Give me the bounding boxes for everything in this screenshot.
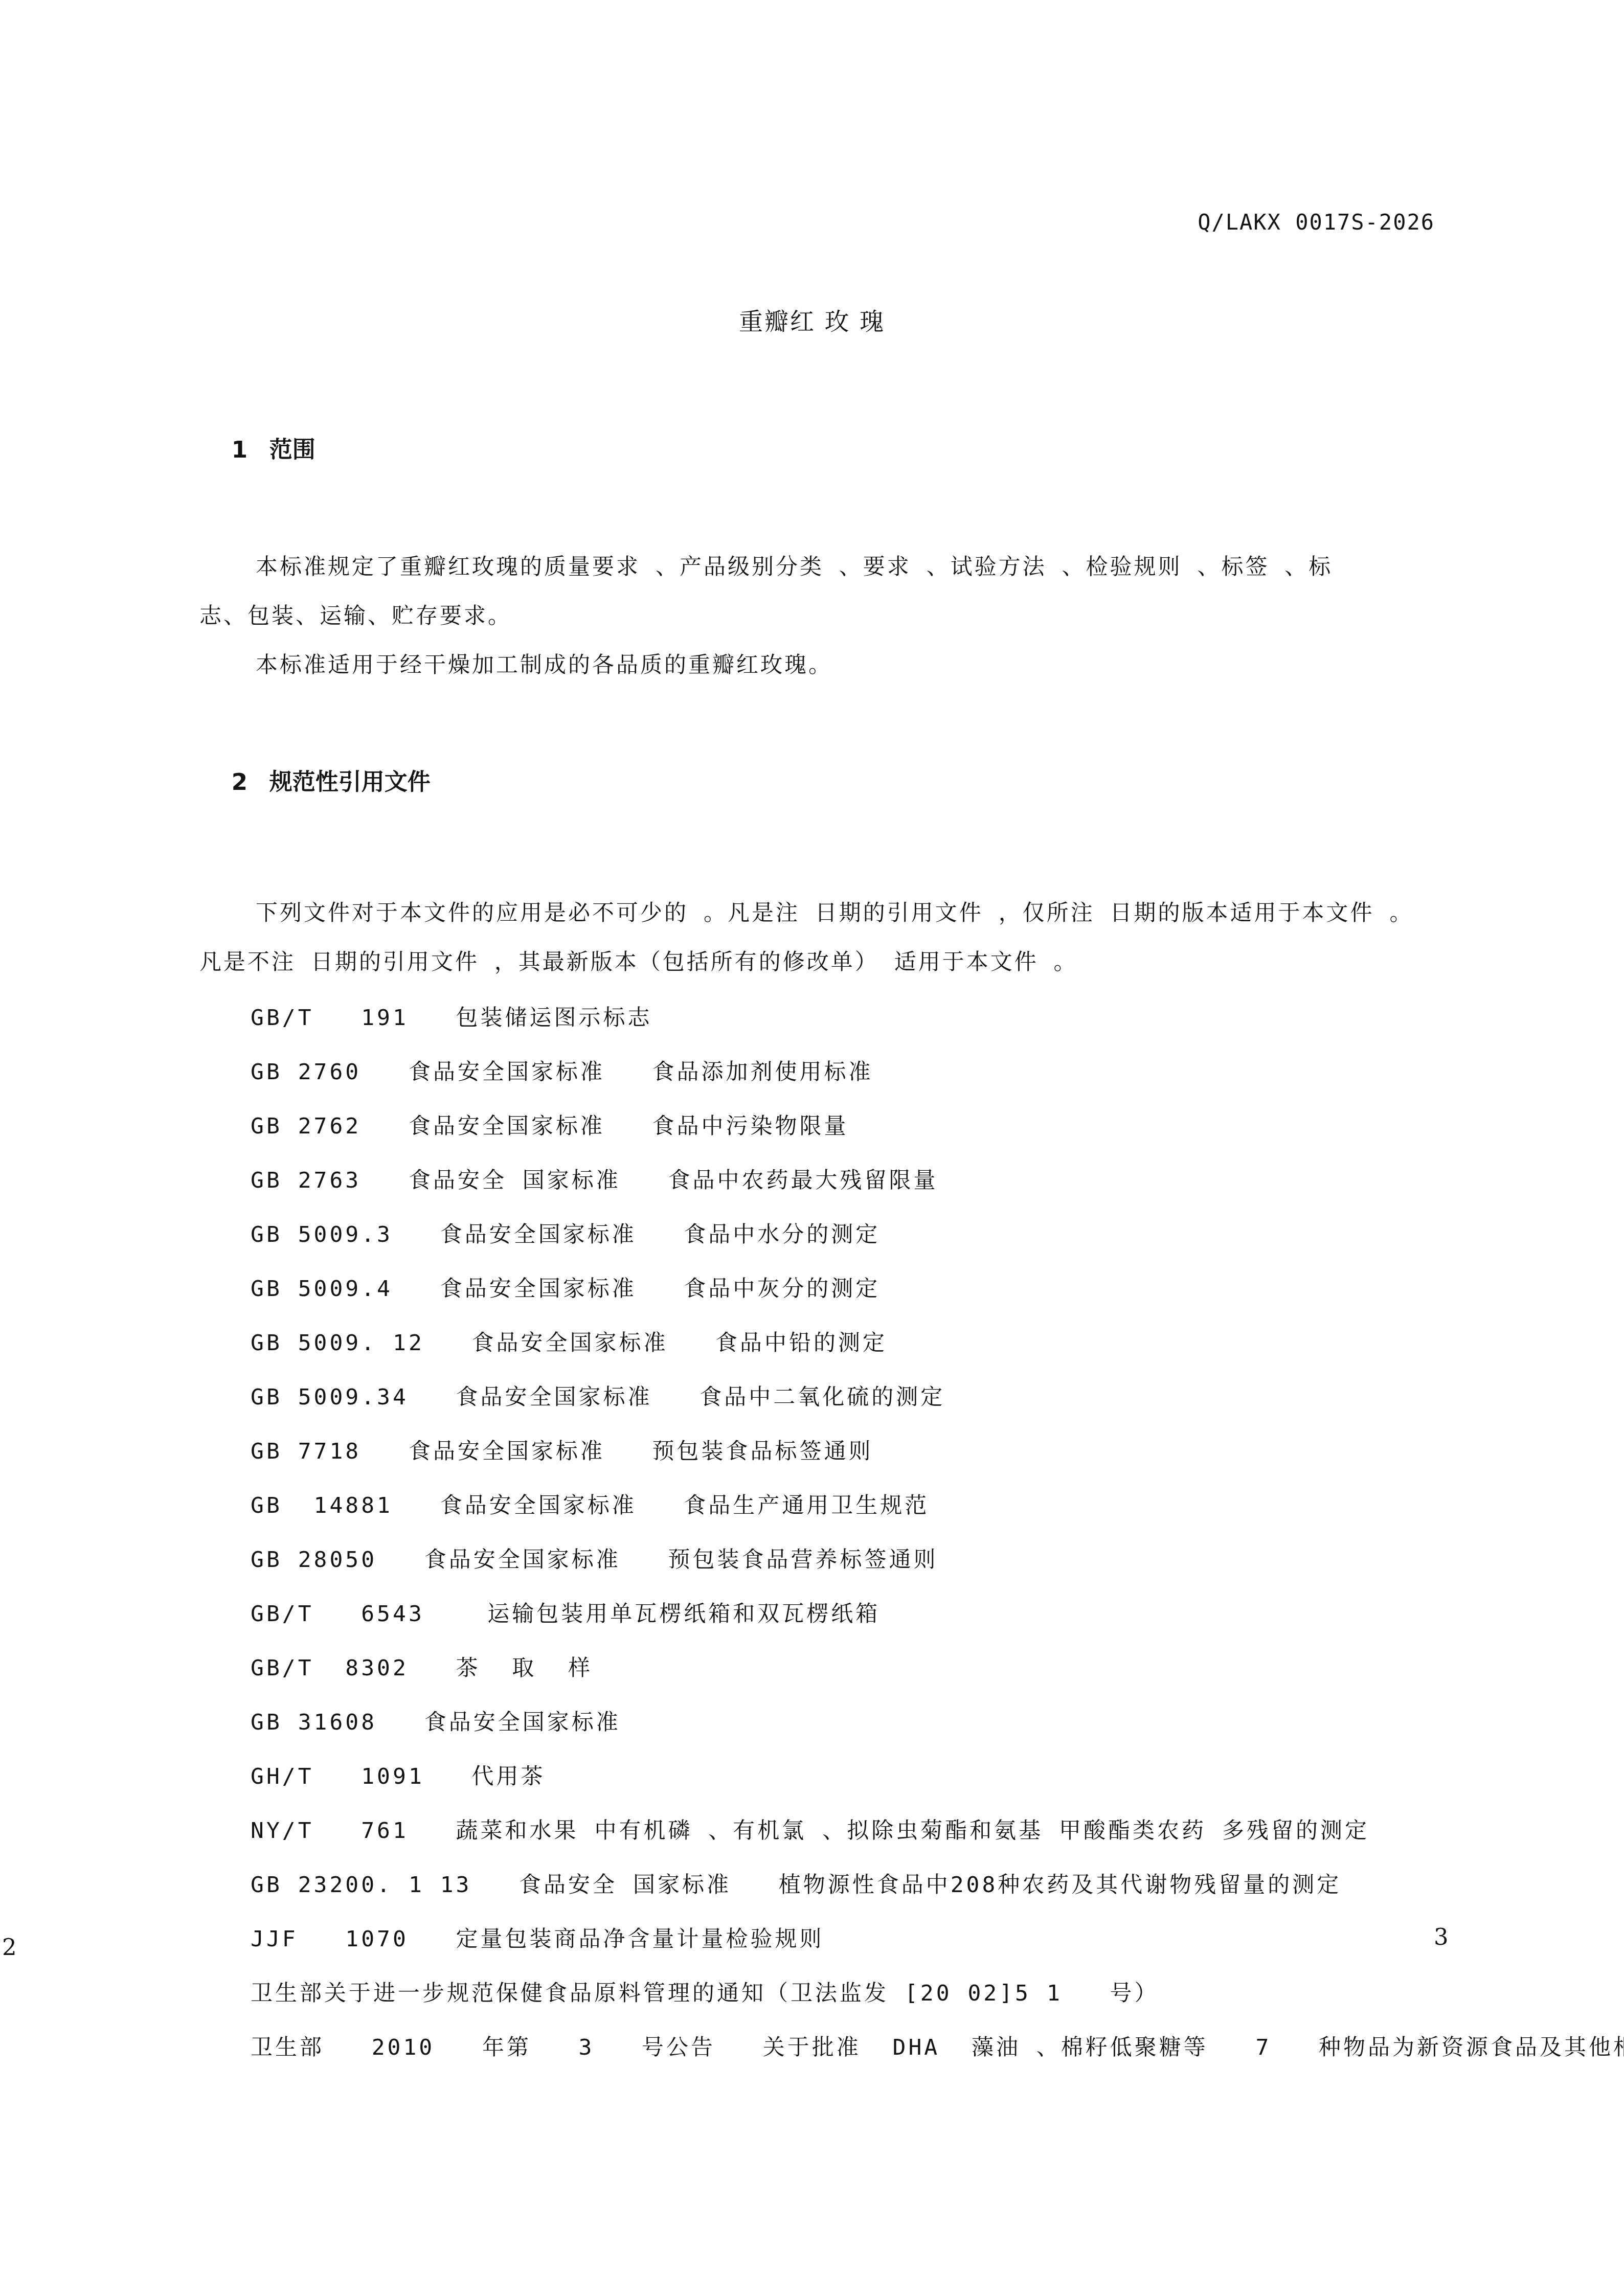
section-1-number: 1 <box>232 434 269 466</box>
reference-item: GH/T 1091 代用茶 <box>199 1749 1539 1804</box>
reference-item: GB 23200. 1 13 食品安全 国家标准 植物源性食品中208种农药及其… <box>199 1858 1539 1912</box>
reference-item: 卫生部关于进一步规范保健食品原料管理的通知（卫法监发 [20 02]5 1 号） <box>199 1966 1539 2020</box>
reference-item: GB 5009.34 食品安全国家标准 食品中二氧化硫的测定 <box>199 1370 1539 1424</box>
scope-paragraph: 本标准规定了重瓣红玫瑰的质量要求 、产品级别分类 、要求 、试验方法 、检验规则… <box>199 542 1539 641</box>
page-number-left: 2 <box>2 1936 17 1959</box>
section-2-number: 2 <box>232 766 269 799</box>
references-intro: 下列文件对于本文件的应用是必不可少的 。凡是注 日期的引用文件 ，仅所注 日期的… <box>199 889 1539 987</box>
applicability-paragraph-line: 本标准适用于经干燥加工制成的各品质的重瓣红玫瑰。 <box>199 641 1539 690</box>
reference-item: JJF 1070 定量包装商品净含量计量检验规则 <box>199 1912 1539 1966</box>
doc-title: 重瓣红 玫 瑰 <box>0 306 1624 338</box>
section-1-title: 范围 <box>269 436 315 463</box>
page-number-right: 3 <box>1434 1925 1449 1948</box>
reference-item: GB/T 6543 运输包装用单瓦楞纸箱和双瓦楞纸箱 <box>199 1587 1539 1641</box>
reference-item: GB 2762 食品安全国家标准 食品中污染物限量 <box>199 1099 1539 1153</box>
reference-item: GB 5009.3 食品安全国家标准 食品中水分的测定 <box>199 1208 1539 1262</box>
document-page: Q/LAKX 0017S-2026 重瓣红 玫 瑰 1范围 本标准规定了重瓣红玫… <box>0 0 1624 2296</box>
references-intro-line: 凡是不注 日期的引用文件 ，其最新版本（包括所有的修改单） 适用于本文件 。 <box>199 938 1539 987</box>
section-2-title: 规范性引用文件 <box>269 768 431 795</box>
reference-item: 卫生部 2010 年第 3 号公告 关于批准 DHA 藻油 、棉籽低聚糖等 7 … <box>199 2020 1539 2075</box>
reference-item: GB 7718 食品安全国家标准 预包装食品标签通则 <box>199 1424 1539 1479</box>
reference-item: GB 31608 食品安全国家标准 <box>199 1695 1539 1749</box>
reference-item: NY/T 761 蔬菜和水果 中有机磷 、有机氯 、拟除虫菊酯和氨基 甲酸酯类农… <box>199 1804 1539 1858</box>
reference-item: GB 5009.4 食品安全国家标准 食品中灰分的测定 <box>199 1262 1539 1316</box>
reference-item: GB 5009. 12 食品安全国家标准 食品中铅的测定 <box>199 1316 1539 1370</box>
scope-paragraph-line: 本标准规定了重瓣红玫瑰的质量要求 、产品级别分类 、要求 、试验方法 、检验规则… <box>199 542 1539 592</box>
doc-number: Q/LAKX 0017S-2026 <box>0 0 1435 235</box>
section-1-heading: 1范围 <box>199 401 1624 499</box>
reference-item: GB/T 8302 茶 取 样 <box>199 1641 1539 1695</box>
reference-item: GB 28050 食品安全国家标准 预包装食品营养标签通则 <box>199 1533 1539 1587</box>
reference-item: GB/T 191 包装储运图示标志 <box>199 991 1539 1045</box>
reference-item: GB 2760 食品安全国家标准 食品添加剂使用标准 <box>199 1045 1539 1099</box>
reference-item: GB 14881 食品安全国家标准 食品生产通用卫生规范 <box>199 1479 1539 1533</box>
references-list: GB/T 191 包装储运图示标志GB 2760 食品安全国家标准 食品添加剂使… <box>199 991 1539 2075</box>
section-2-heading: 2规范性引用文件 <box>199 733 1624 831</box>
references-intro-line: 下列文件对于本文件的应用是必不可少的 。凡是注 日期的引用文件 ，仅所注 日期的… <box>199 889 1539 938</box>
applicability-paragraph: 本标准适用于经干燥加工制成的各品质的重瓣红玫瑰。 <box>199 641 1539 690</box>
reference-item: GB 2763 食品安全 国家标准 食品中农药最大残留限量 <box>199 1153 1539 1208</box>
scope-paragraph-line: 志、包装、运输、贮存要求。 <box>199 592 1539 641</box>
